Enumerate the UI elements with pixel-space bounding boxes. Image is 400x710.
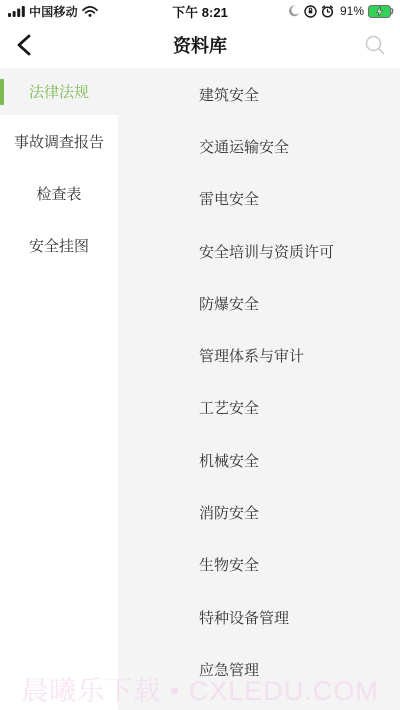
search-icon (364, 34, 386, 56)
sidebar-item-label: 法律法规 (29, 81, 89, 102)
orientation-lock-icon (304, 5, 317, 18)
sidebar-item-checklists[interactable]: 检查表 (0, 167, 118, 219)
alarm-clock-icon (321, 5, 334, 18)
back-button[interactable] (14, 33, 34, 57)
page-title: 资料库 (0, 32, 400, 58)
category-item-label: 防爆安全 (199, 293, 259, 314)
category-item[interactable]: 交通运输安全 (118, 120, 400, 172)
signal-strength-icon (8, 6, 25, 17)
category-item-label: 交通运输安全 (199, 136, 289, 157)
nav-bar: 资料库 (0, 22, 400, 68)
status-bar: 中国移动 下午 8:21 91% (0, 0, 400, 22)
category-item[interactable]: 生物安全 (118, 539, 400, 591)
category-item-label: 工艺安全 (199, 397, 259, 418)
category-item-label: 安全培训与资质许可 (199, 241, 334, 262)
category-item[interactable]: 特种设备管理 (118, 591, 400, 643)
sidebar-item-laws[interactable]: 法律法规 (0, 68, 118, 115)
sidebar-item-safety-posters[interactable]: 安全挂图 (0, 220, 118, 272)
status-right-group: 91% (288, 4, 394, 18)
category-list: 建筑安全 交通运输安全 雷电安全 安全培训与资质许可 防爆安全 管理体系与审计 … (118, 68, 400, 710)
category-item[interactable]: 雷电安全 (118, 173, 400, 225)
do-not-disturb-moon-icon (288, 5, 300, 17)
carrier-label: 中国移动 (29, 3, 78, 20)
category-item[interactable]: 应急管理 (118, 643, 400, 695)
category-item-label: 特种设备管理 (199, 607, 289, 628)
category-item-label: 机械安全 (199, 450, 259, 471)
active-indicator-bar (0, 79, 4, 105)
category-item[interactable]: 工艺安全 (118, 382, 400, 434)
category-item-label: 生物安全 (199, 554, 259, 575)
category-item-label: 雷电安全 (199, 188, 259, 209)
category-item[interactable]: 建筑安全 (118, 68, 400, 120)
category-item-label: 建筑安全 (199, 84, 259, 105)
battery-charging-icon (368, 5, 394, 18)
category-sidebar: 法律法规 事故调查报告 检查表 安全挂图 (0, 68, 118, 710)
sidebar-item-label: 事故调查报告 (14, 131, 104, 152)
sidebar-item-accident-reports[interactable]: 事故调查报告 (0, 115, 118, 167)
category-item[interactable]: 消防安全 (118, 486, 400, 538)
category-item-label: 管理体系与审计 (199, 345, 304, 366)
category-item[interactable]: 防爆安全 (118, 277, 400, 329)
category-item[interactable]: 机械安全 (118, 434, 400, 486)
category-item[interactable]: 安全培训与资质许可 (118, 225, 400, 277)
category-item-label: 消防安全 (199, 502, 259, 523)
category-item[interactable]: 管理体系与审计 (118, 329, 400, 381)
status-left-group: 中国移动 (6, 3, 98, 20)
app-screen: 中国移动 下午 8:21 91% (0, 0, 400, 710)
wifi-icon (82, 6, 98, 17)
library-body: 法律法规 事故调查报告 检查表 安全挂图 建筑安全 交通运输安全 雷电安全 安全… (0, 68, 400, 710)
sidebar-item-label: 安全挂图 (29, 235, 89, 256)
battery-percent: 91% (340, 4, 364, 18)
back-chevron-icon (14, 33, 34, 57)
category-item-label: 应急管理 (199, 659, 259, 680)
search-button[interactable] (364, 34, 386, 56)
sidebar-item-label: 检查表 (36, 183, 81, 204)
